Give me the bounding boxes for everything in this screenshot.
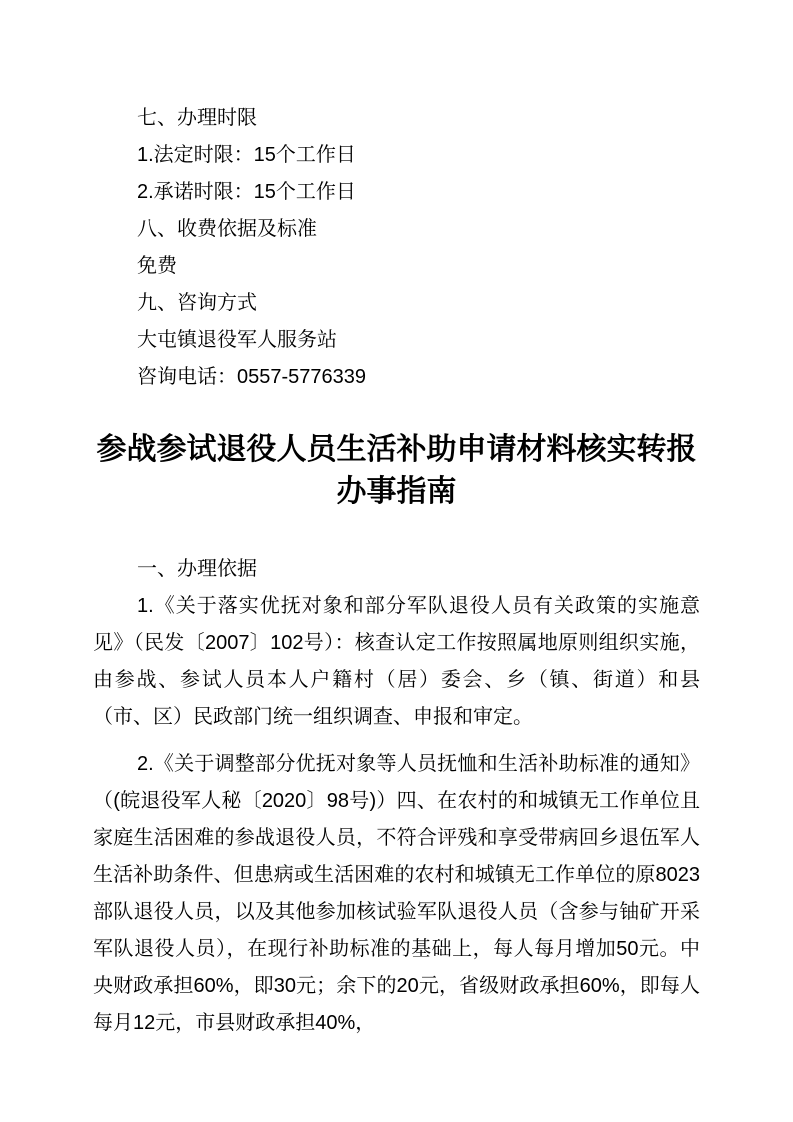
guide-title-line-2: 办事指南 (93, 471, 700, 513)
service-station-line: 大屯镇退役军人服务站 (93, 322, 700, 359)
statutory-time-limit-line: 1.法定时限：15个工作日 (93, 137, 700, 174)
section-one-heading: 一、办理依据 (93, 551, 700, 588)
promised-time-limit-line: 2.承诺时限：15个工作日 (93, 174, 700, 211)
consult-phone-line: 咨询电话：0557-5776339 (93, 359, 700, 396)
document-content: 七、办理时限 1.法定时限：15个工作日 2.承诺时限：15个工作日 八、收费依… (93, 100, 700, 1042)
section-eight-heading: 八、收费依据及标准 (93, 211, 700, 248)
document-page: 七、办理时限 1.法定时限：15个工作日 2.承诺时限：15个工作日 八、收费依… (0, 0, 793, 1122)
fee-free-line: 免费 (93, 248, 700, 285)
section-seven-heading: 七、办理时限 (93, 100, 700, 137)
basis-paragraph-2: 2.《关于调整部分优抚对象等人员抚恤和生活补助标准的通知》（(皖退役军人秘〔20… (93, 746, 700, 1042)
guide-title-line-1: 参战参试退役人员生活补助申请材料核实转报 (93, 429, 700, 471)
section-nine-heading: 九、咨询方式 (93, 285, 700, 322)
guide-title: 参战参试退役人员生活补助申请材料核实转报 办事指南 (93, 429, 700, 513)
legal-basis-paragraphs: 1.《关于落实优抚对象和部分军队退役人员有关政策的实施意见》（民发〔2007〕1… (93, 588, 700, 1042)
basis-paragraph-1: 1.《关于落实优抚对象和部分军队退役人员有关政策的实施意见》（民发〔2007〕1… (93, 588, 700, 736)
